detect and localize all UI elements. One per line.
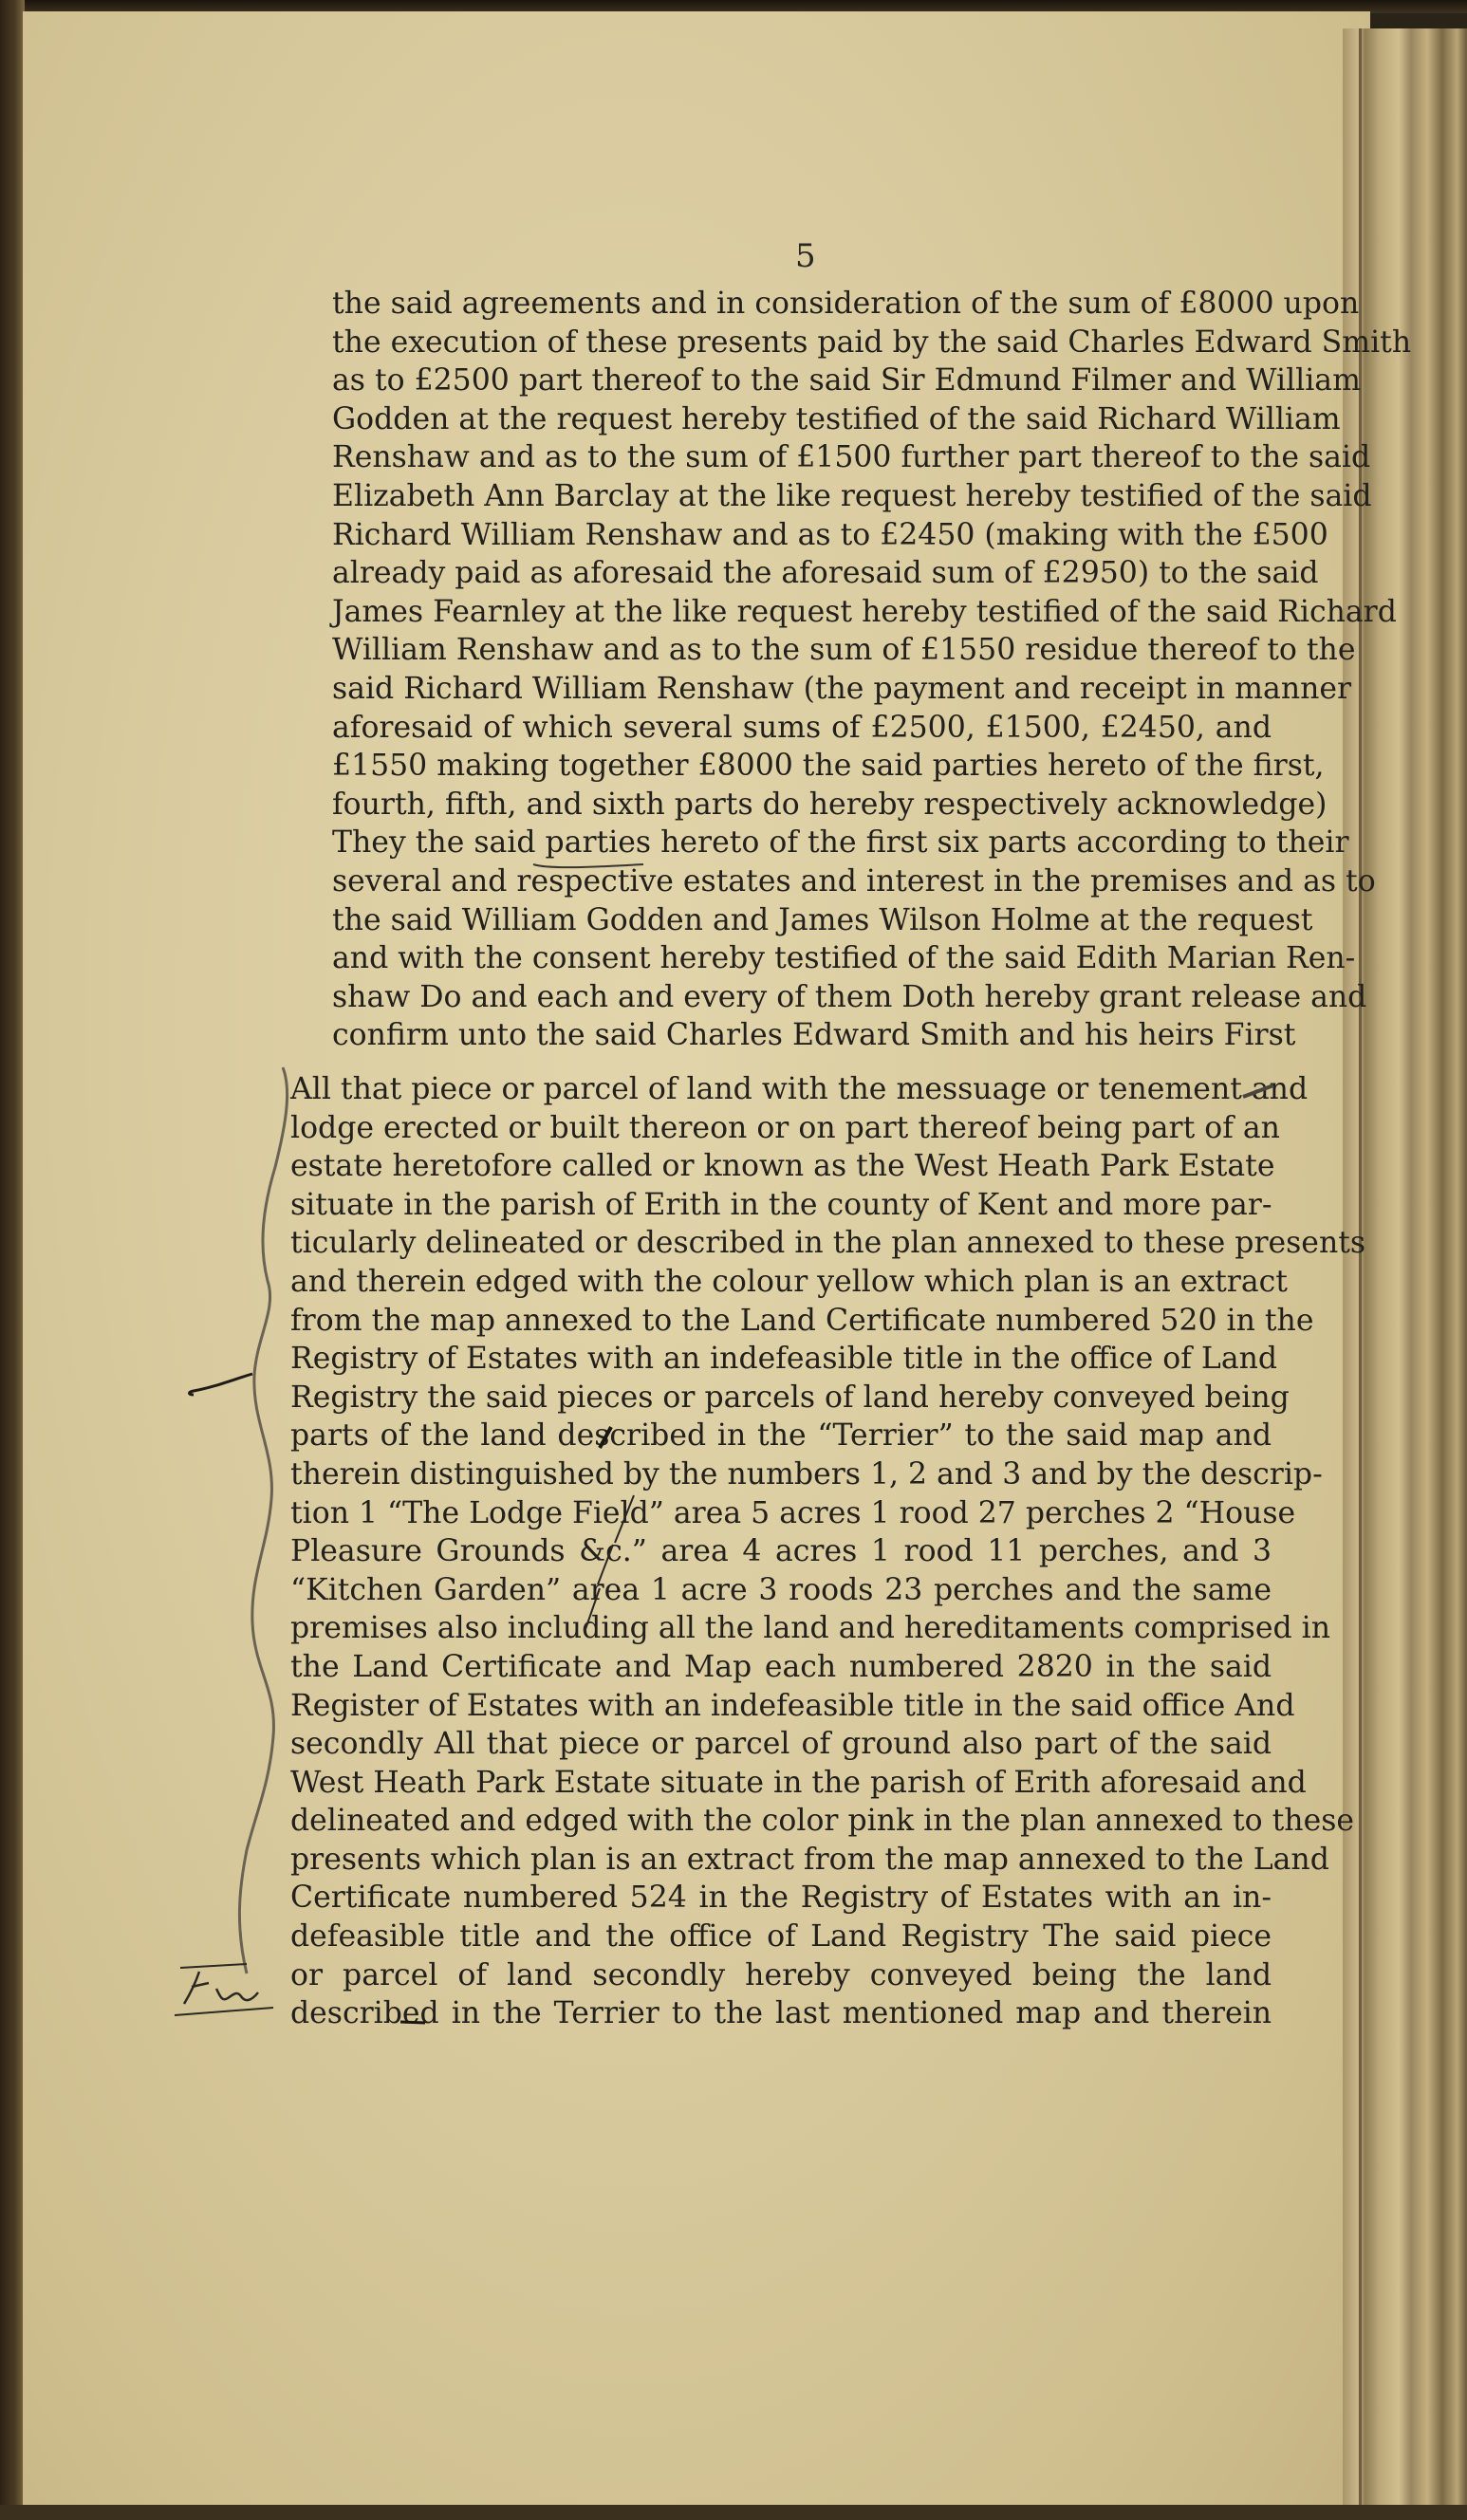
text-line: the said William Godden and James Wilson… xyxy=(332,901,1272,940)
text-line: “Kitchen Garden” area 1 acre 3 roods 23 … xyxy=(290,1571,1272,1610)
text-line: Certificate numbered 524 in the Registry… xyxy=(290,1879,1272,1918)
ink-underline-icon xyxy=(399,2017,427,2027)
text-line: parts of the land described in the “Terr… xyxy=(290,1417,1272,1455)
text-line: already paid as aforesaid the aforesaid … xyxy=(332,554,1272,593)
text-line: Registry the said pieces or parcels of l… xyxy=(290,1379,1272,1417)
scan-left-shadow xyxy=(0,0,25,2520)
text-line: Richard William Renshaw and as to £2450 … xyxy=(332,516,1272,555)
text-line: William Renshaw and as to the sum of £15… xyxy=(332,631,1272,670)
text-line: and therein edged with the colour yellow… xyxy=(290,1263,1272,1302)
text-line: Registry of Estates with an indefeasible… xyxy=(290,1340,1272,1379)
text-line: West Heath Park Estate situate in the pa… xyxy=(290,1764,1272,1803)
text-line: James Fearnley at the like request hereb… xyxy=(332,593,1272,632)
page-number: 5 xyxy=(795,237,816,275)
pencil-underline-icon xyxy=(531,859,645,872)
text-line: shaw Do and each and every of them Doth … xyxy=(332,978,1272,1017)
text-line: delineated and edged with the color pink… xyxy=(290,1802,1272,1841)
pencil-check-icon xyxy=(579,1490,655,1641)
text-line: Elizabeth Ann Barclay at the like reques… xyxy=(332,477,1272,516)
text-line: several and respective estates and inter… xyxy=(332,862,1272,901)
text-line: from the map annexed to the Land Certifi… xyxy=(290,1302,1272,1341)
text-line: the Land Certificate and Map each number… xyxy=(290,1648,1272,1687)
ink-blot-icon xyxy=(596,1423,617,1452)
text-line: estate heretofore called or known as the… xyxy=(290,1147,1272,1186)
text-line: the execution of these presents paid by … xyxy=(332,324,1272,362)
text-line: lodge erected or built thereon or on par… xyxy=(290,1109,1272,1148)
text-line: the said agreements and in consideration… xyxy=(332,285,1272,324)
text-line: confirm unto the said Charles Edward Smi… xyxy=(332,1016,1272,1055)
text-line: secondly All that piece or parcel of gro… xyxy=(290,1725,1272,1764)
text-line: Register of Estates with an indefeasible… xyxy=(290,1687,1272,1726)
page-fold-line xyxy=(1359,28,1362,2520)
text-line: ticularly delineated or described in the… xyxy=(290,1224,1272,1263)
text-line: tion 1 “The Lodge Field” area 5 acres 1 … xyxy=(290,1494,1272,1533)
margin-pencil-mark-icon xyxy=(1241,1082,1279,1101)
text-line: All that piece or parcel of land with th… xyxy=(290,1070,1272,1109)
text-line: aforesaid of which several sums of £2500… xyxy=(332,709,1272,748)
pencil-bracket-icon xyxy=(218,1063,313,2011)
text-line: Renshaw and as to the sum of £1500 furth… xyxy=(332,438,1272,477)
scan-bottom-edge xyxy=(0,2505,1467,2520)
text-line: defeasible title and the office of Land … xyxy=(290,1918,1272,1956)
pencil-tick-icon xyxy=(186,1366,262,1404)
text-line: £1550 making together £8000 the said par… xyxy=(332,747,1272,786)
body-text-upper: the said agreements and in consideration… xyxy=(332,285,1272,1055)
text-line: fourth, fifth, and sixth parts do hereby… xyxy=(332,786,1272,825)
text-line: described in the Terrier to the last men… xyxy=(290,1994,1272,2033)
body-text-lower: All that piece or parcel of land with th… xyxy=(290,1070,1272,2033)
text-line: presents which plan is an extract from t… xyxy=(290,1841,1272,1880)
text-line: said Richard William Renshaw (the paymen… xyxy=(332,670,1272,709)
text-line: and with the consent hereby testified of… xyxy=(332,939,1272,978)
text-line: situate in the parish of Erith in the co… xyxy=(290,1186,1272,1225)
text-line: or parcel of land secondly hereby convey… xyxy=(290,1956,1272,1995)
handwritten-initials-icon xyxy=(171,1955,285,2021)
text-line: as to £2500 part thereof to the said Sir… xyxy=(332,361,1272,400)
text-line: Godden at the request hereby testified o… xyxy=(332,400,1272,439)
text-line: They the said parties hereto of the firs… xyxy=(332,824,1272,862)
text-line: therein distinguished by the numbers 1, … xyxy=(290,1455,1272,1494)
text-line: Pleasure Grounds &c.” area 4 acres 1 roo… xyxy=(290,1532,1272,1571)
text-line: premises also including all the land and… xyxy=(290,1609,1272,1648)
